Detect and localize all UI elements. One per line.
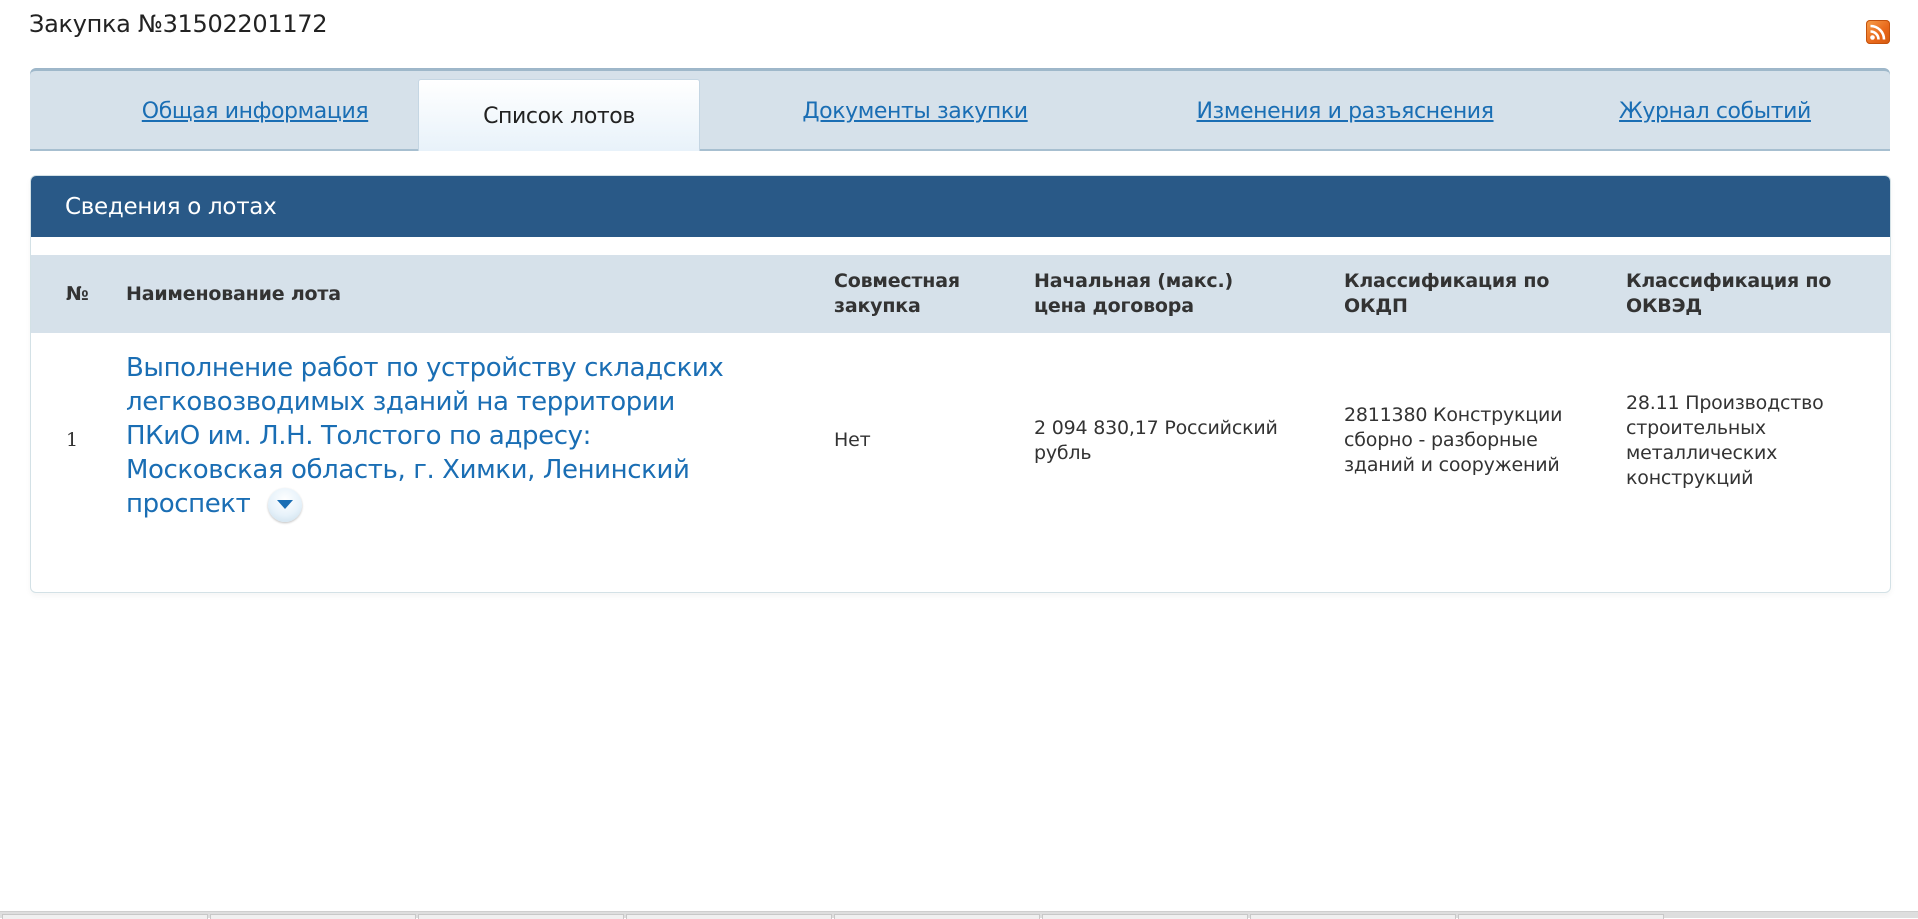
- page-title: Закупка №31502201172: [29, 10, 327, 38]
- column-lot-name: Наименование лота: [126, 255, 834, 333]
- lot-number: 1: [31, 333, 126, 548]
- column-okved: Классификация по ОКВЭД: [1626, 255, 1890, 333]
- lot-name-link[interactable]: Выполнение работ по устройству складских…: [126, 353, 723, 519]
- table-header-row: № Наименование лота Совместная закупка Н…: [31, 255, 1890, 333]
- bottom-toolbar: [0, 911, 1918, 917]
- column-okdp: Классификация по ОКДП: [1344, 255, 1626, 333]
- lot-okdp: 2811380 Конструкции сборно - разборные з…: [1344, 333, 1626, 548]
- lots-section-title: Сведения о лотах: [31, 176, 1890, 237]
- lot-initial-price: 2 094 830,17 Российский рубль: [1034, 333, 1344, 548]
- lots-panel: Сведения о лотах № Наименование лота Сов…: [30, 175, 1891, 593]
- rss-icon[interactable]: [1866, 20, 1890, 44]
- tab-general-info[interactable]: Общая информация: [90, 71, 420, 151]
- tab-purchase-documents[interactable]: Документы закупки: [750, 71, 1080, 151]
- tab-event-log[interactable]: Журнал событий: [1590, 71, 1840, 151]
- column-initial-price: Начальная (макс.) цена договора: [1034, 255, 1344, 333]
- tab-bar: Общая информация Список лотов Документы …: [30, 69, 1890, 151]
- chevron-down-icon[interactable]: [268, 488, 302, 522]
- lots-table: № Наименование лота Совместная закупка Н…: [31, 255, 1890, 548]
- column-number: №: [31, 255, 126, 333]
- table-row: 1 Выполнение работ по устройству складск…: [31, 333, 1890, 548]
- lot-okved: 28.11 Производство строительных металлич…: [1626, 333, 1890, 548]
- tab-lot-list[interactable]: Список лотов: [418, 79, 700, 151]
- column-joint-purchase: Совместная закупка: [834, 255, 1034, 333]
- rss-glyph: [1869, 23, 1887, 41]
- tab-changes-clarifications[interactable]: Изменения и разъяснения: [1160, 71, 1530, 151]
- lot-joint-purchase: Нет: [834, 333, 1034, 548]
